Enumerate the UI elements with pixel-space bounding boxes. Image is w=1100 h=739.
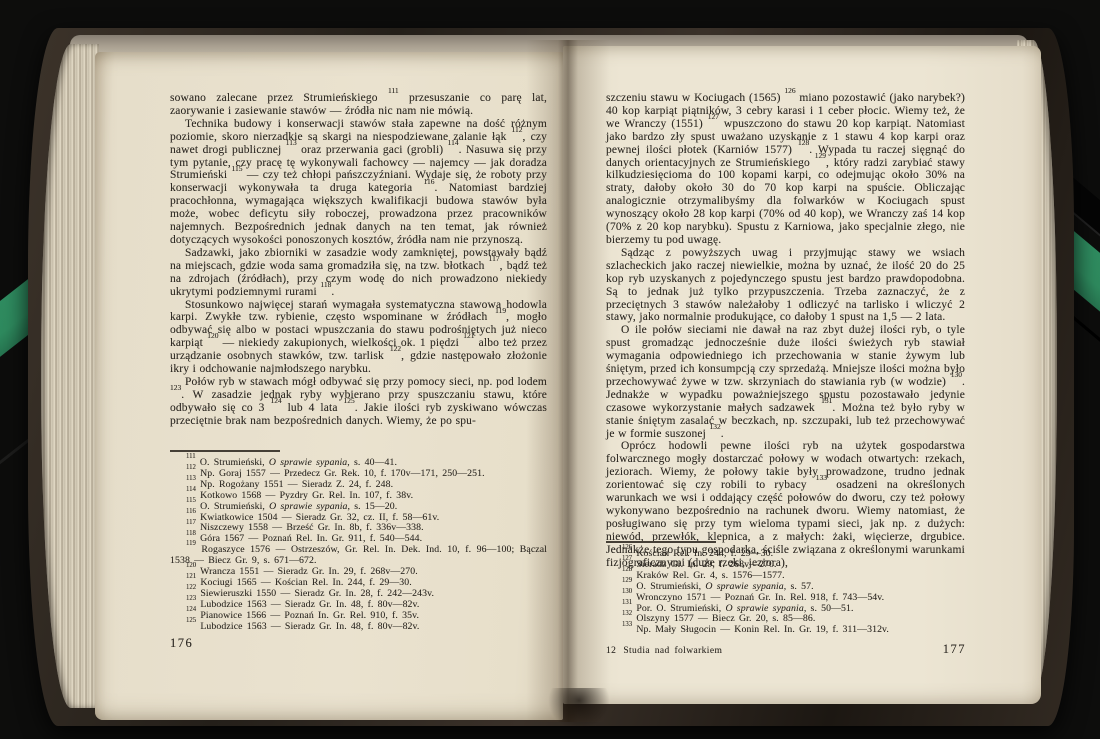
paragraph: Sadzawki, jako zbiorniki w zasadzie wody…: [170, 247, 547, 299]
footnote: 119 Rogaszyce 1576 — Ostrzeszów, Gr. Rel…: [170, 545, 547, 567]
photo-background: sowano zalecane przez Strumieńskiego 111…: [0, 0, 1100, 739]
spine-bottom-shadow: [548, 688, 610, 730]
signature-number: 12: [606, 646, 616, 656]
right-page-body-text: szczeniu stawu w Kociugach (1565) 126 mi…: [606, 92, 965, 570]
left-page-body-text: sowano zalecane przez Strumieńskiego 111…: [170, 92, 547, 428]
footnote: 133 Np. Mały Sługocin — Konin Rel. In. G…: [606, 625, 966, 636]
paragraph: O ile połów sieciami nie dawał na raz zb…: [606, 324, 965, 440]
paragraph: Połów ryb w stawach mógł odbywać się prz…: [170, 376, 547, 428]
footnote-rule-left: [170, 450, 280, 452]
footnote: 125 Lubodzice 1563 — Sieradz Gr. In. 48,…: [170, 622, 547, 633]
page-edges-left: [41, 44, 99, 708]
paragraph: Stosunkowo najwięcej starań wymagała sys…: [170, 299, 547, 376]
right-page: szczeniu stawu w Kociugach (1565) 126 mi…: [563, 46, 1041, 704]
page-number-left: 176: [170, 636, 193, 651]
right-page-footnotes: 126 Kościan Rel. In. 244, f. 29—30.127 S…: [606, 549, 966, 636]
right-page-footer: 12Studia nad folwarkiem 177: [606, 642, 966, 657]
footnote-rule-right: [606, 541, 716, 543]
running-title: Studia nad folwarkiem: [623, 646, 722, 656]
left-page: sowano zalecane przez Strumieńskiego 111…: [95, 52, 563, 720]
signature-mark: 12Studia nad folwarkiem: [606, 646, 722, 656]
left-page-footnotes: 111 O. Strumieński, O sprawie sypania, s…: [170, 458, 547, 633]
paragraph: Technika budowy i konserwacji stawów sta…: [170, 118, 547, 247]
footnote: 124 Pianowice 1566 — Poznań In. Gr. Rel.…: [170, 611, 547, 622]
footnote: 114 Kotkowo 1568 — Pyzdry Gr. Rel. In. 1…: [170, 491, 547, 502]
paragraph: szczeniu stawu w Kociugach (1565) 126 mi…: [606, 92, 965, 247]
page-number-right: 177: [943, 642, 966, 657]
footnote: 129 O. Strumieński, O sprawie sypania, s…: [606, 582, 966, 593]
footnote: 115 O. Strumieński, O sprawie sypania, s…: [170, 502, 547, 513]
paragraph: sowano zalecane przez Strumieńskiego 111…: [170, 92, 547, 118]
paragraph: Sądząc z powyższych uwag i przyjmując st…: [606, 247, 965, 324]
open-book: sowano zalecane przez Strumieńskiego 111…: [28, 28, 1074, 726]
